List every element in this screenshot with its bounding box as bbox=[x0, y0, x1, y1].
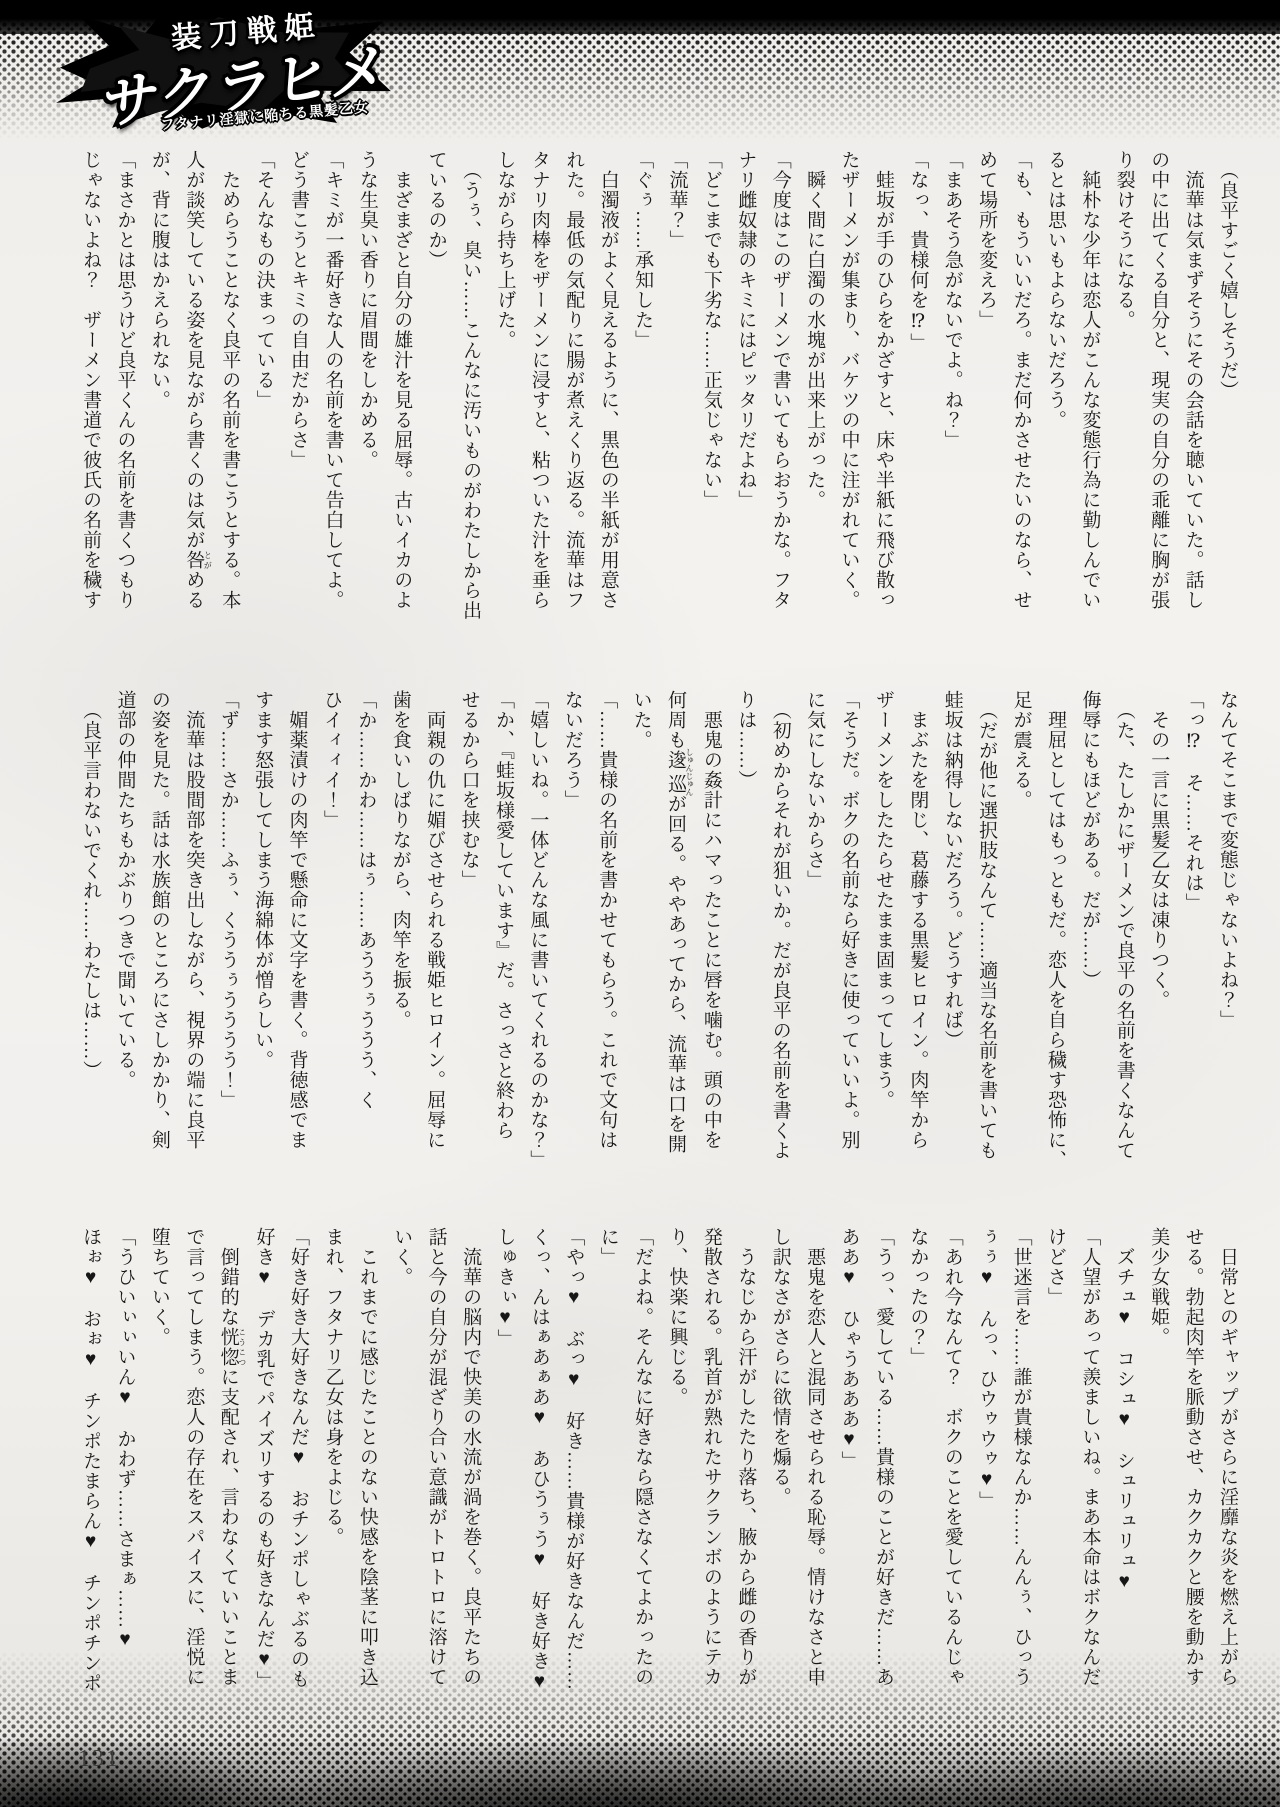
page-number: 131 bbox=[78, 1746, 120, 1773]
text-column: その一言に黒髪乙女は凍りつく。 bbox=[1141, 690, 1175, 1176]
text-column: ぅぅ♥ んっ、ひウゥウゥ♥」 bbox=[969, 1227, 1003, 1713]
text-column: で言ってしまう。恋人の存在をスパイスに、淫悦に bbox=[176, 1227, 210, 1713]
text-column: 蛙坂は納得しないだろう。どうすれば） bbox=[934, 690, 968, 1176]
text-column: 「そんなもの決まっている」 bbox=[246, 150, 280, 636]
text-column: 媚薬漬けの肉竿で懸命に文字を書く。背徳感でま bbox=[279, 690, 313, 1176]
text-column: 「流華？」 bbox=[659, 150, 693, 636]
text-column: り裂けそうになる。 bbox=[1106, 150, 1140, 636]
text-column: 「好き好き大好きなんだ♥ おチンポしゃぶるのも bbox=[281, 1227, 315, 1713]
text-column: ああ♥ ひゃうあああ♥」 bbox=[831, 1227, 865, 1713]
series-logo: 装刀戦姫 サクラヒメ フタナリ淫獄に陥ちる黒髪乙女 bbox=[48, 0, 397, 138]
novel-page-scan: { "logo": { "top_title": "装刀戦姫", "main_t… bbox=[0, 0, 1280, 1807]
text-column: ナリ雌奴隷のキミにはピッタリだよね」 bbox=[728, 150, 762, 636]
text-column: 「嬉しいね。一体どんな風に書いてくれるのかな？」 bbox=[520, 690, 554, 1176]
text-column: いた。 bbox=[623, 690, 657, 1176]
text-column: 「あれ今なんて？ ボクのことを愛しているんじゃ bbox=[934, 1227, 968, 1713]
text-column: 流華は股間部を突き出しながら、視界の端に良平 bbox=[176, 690, 210, 1176]
text-column: 流華は気まずそうにその会話を聴いていた。話し bbox=[1175, 150, 1209, 636]
text-column: じゃないよね？ ザーメン書道で彼氏の名前を穢す bbox=[73, 150, 107, 636]
text-column: いく。 bbox=[384, 1227, 418, 1713]
text-column: 「うっ、愛している……貴様のことが好きだ……あ bbox=[866, 1227, 900, 1713]
text-column: 好き♥ デカ乳でパイズリするのも好きなんだ♥」 bbox=[246, 1227, 280, 1713]
text-column: 「まあそう急がないでよ。ね？」 bbox=[934, 150, 968, 636]
text-column: せるから口を挟むな」 bbox=[451, 690, 485, 1176]
text-column: ズチュ♥ コシュ♥ シュリュリュ♥ bbox=[1106, 1227, 1140, 1713]
text-column: 何周も逡巡しゅんじゅんが回る。ややあってから、流華は口を開 bbox=[658, 690, 694, 1176]
text-column: 「世迷言を……誰が貴様なんか……んんぅ、ひっう bbox=[1003, 1227, 1037, 1713]
text-column: 人が談笑している姿を見ながら書くのは気が咎とがめる bbox=[176, 150, 212, 636]
text-column: （良平言わないでくれ……わたしは……） bbox=[73, 690, 107, 1176]
text-column: の中に出てくる自分と、現実の自分の乖離に胸が張 bbox=[1141, 150, 1175, 636]
text-column: が、背に腹はかえられない。 bbox=[142, 150, 176, 636]
text-column: （初めからそれが狙いか。だが良平の名前を書くよ bbox=[762, 690, 796, 1176]
text-column: 悪鬼を恋人と混同させられる恥辱。情けなさと申 bbox=[797, 1227, 831, 1713]
text-column: タナリ肉棒をザーメンに浸すと、粘ついた汁を垂ら bbox=[521, 150, 555, 636]
text-column: 道部の仲間たちもかぶりつきで聞いている。 bbox=[107, 690, 141, 1176]
text-column: り、快楽に興じる。 bbox=[659, 1227, 693, 1713]
text-column: うなじから汗がしたたり落ち、腋から雌の香りが bbox=[728, 1227, 762, 1713]
text-column: 「っ⁉ そ……それは」 bbox=[1175, 690, 1209, 1176]
text-column: しゅきぃ♥」 bbox=[487, 1227, 521, 1713]
text-column: （良平すごく嬉しそうだ） bbox=[1210, 150, 1244, 636]
text-column: なかったの？」 bbox=[900, 1227, 934, 1713]
text-column: 「まさかとは思うけど良平くんの名前を書くつもり bbox=[107, 150, 141, 636]
text-column: 話と今の自分が混ざり合い意識がトロトロに溶けて bbox=[418, 1227, 452, 1713]
text-band-top: （良平すごく嬉しそうだ） 流華は気まずそうにその会話を聴いていた。話しの中に出て… bbox=[73, 150, 1244, 636]
text-column: 理屈としてはもっともだ。恋人を自ら穢す恐怖に、 bbox=[1038, 690, 1072, 1176]
text-column: 歯を食いしばりながら、肉竿を振る。 bbox=[382, 690, 416, 1176]
text-column: 「か……かわ……はぅ……あううぅううう、く bbox=[348, 690, 382, 1176]
text-column: 「やっ♥ ぶっ♥ 好き……貴様が好きなんだ…… bbox=[556, 1227, 590, 1713]
text-column: 「うひいぃぃいん♥ かわず……さまぁ……♥ bbox=[107, 1227, 141, 1713]
text-column: し訳なさがさらに欲情を煽る。 bbox=[762, 1227, 796, 1713]
text-column: の姿を見た。話は水族館のところにさしかかり、剣 bbox=[142, 690, 176, 1176]
text-column: まぶたを閉じ、葛藤する黒髪ヒロイン。肉竿から bbox=[900, 690, 934, 1176]
text-column: 発散される。乳首が熟れたサクランボのようにテカ bbox=[694, 1227, 728, 1713]
text-column: しながら持ち上げた。 bbox=[487, 150, 521, 636]
text-column: 堕ちていく。 bbox=[142, 1227, 176, 1713]
text-column: まざまざと自分の雄汁を見る屈辱。古いイカのよ bbox=[384, 150, 418, 636]
text-column: どう書こうとキミの自由だからさ」 bbox=[281, 150, 315, 636]
text-column: 「そうだ。ボクの名前なら好きに使っていいよ。別 bbox=[831, 690, 865, 1176]
text-column: せる。勃起肉竿を脈動させ、カクカクと腰を動かす bbox=[1175, 1227, 1209, 1713]
text-column: 流華の脳内で快美の水流が渦を巻く。良平たちの bbox=[453, 1227, 487, 1713]
text-column: （うぅ、臭い……こんなに汚いものがわたしから出 bbox=[453, 150, 487, 636]
text-column: 「も、もういいだろ。まだ何かさせたいのなら、せ bbox=[1003, 150, 1037, 636]
text-column: に」 bbox=[590, 1227, 624, 1713]
text-column: 「か、『蛙坂様愛しています』だ。さっさと終わら bbox=[486, 690, 520, 1176]
text-column: 「今度はこのザーメンで書いてもらおうかな。フタ bbox=[762, 150, 796, 636]
text-column: すます怒張してしまう海綿体が憎らしい。 bbox=[245, 690, 279, 1176]
text-column: まれ、フタナリ乙女は身をよじる。 bbox=[315, 1227, 349, 1713]
text-column: れた。最低の気配りに腸が煮えくり返る。流華はフ bbox=[556, 150, 590, 636]
text-column: 「だよね。そんなに好きなら隠さなくてよかったの bbox=[625, 1227, 659, 1713]
text-column: 蛙坂が手のひらをかざすと、床や半紙に飛び散っ bbox=[866, 150, 900, 636]
text-column: 侮辱にもほどがある。だが……） bbox=[1072, 690, 1106, 1176]
text-column: ためらうことなく良平の名前を書こうとする。本 bbox=[212, 150, 246, 636]
text-column: これまでに感じたことのない快感を陰茎に叩き込 bbox=[349, 1227, 383, 1713]
text-column: 日常とのギャップがさらに淫靡な炎を燃え上がら bbox=[1210, 1227, 1244, 1713]
text-band-bottom: 日常とのギャップがさらに淫靡な炎を燃え上がらせる。勃起肉竿を脈動させ、カクカクと… bbox=[73, 1227, 1244, 1713]
text-column: なんてそこまで変態じゃないよね？」 bbox=[1210, 690, 1244, 1176]
text-column: 悪鬼の姦計にハマったことに唇を噛む。頭の中を bbox=[694, 690, 728, 1176]
text-column: 「ぐぅ……承知した」 bbox=[625, 150, 659, 636]
text-column: 倒錯的な恍惚こうこつに支配され、言わなくていいことま bbox=[210, 1227, 246, 1713]
text-column: 両親の仇に媚びさせられる戦姫ヒロイン。屈辱に bbox=[417, 690, 451, 1176]
text-column: 白濁液がよく見えるように、黒色の半紙が用意さ bbox=[590, 150, 624, 636]
text-column: に気にしないからさ」 bbox=[797, 690, 831, 1176]
text-column: けどさ」 bbox=[1038, 1227, 1072, 1713]
text-column: 美少女戦姫。 bbox=[1141, 1227, 1175, 1713]
text-column: 「……貴様の名前を書かせてもらう。これで文句は bbox=[589, 690, 623, 1176]
text-band-middle: なんてそこまで変態じゃないよね？」「っ⁉ そ……それは」 その一言に黒髪乙女は凍… bbox=[73, 690, 1244, 1176]
text-column: ほぉ♥ おぉ♥ チンポたまらん♥ チンポチンポ bbox=[73, 1227, 107, 1713]
text-column: たザーメンが集まり、バケツの中に注がれていく。 bbox=[831, 150, 865, 636]
text-column: るとは思いもよらないだろう。 bbox=[1038, 150, 1072, 636]
text-column: 「どこまでも下劣な……正気じゃない」 bbox=[694, 150, 728, 636]
text-column: 「人望があって羨ましいね。まあ本命はボクなんだ bbox=[1072, 1227, 1106, 1713]
text-column: りは……） bbox=[728, 690, 762, 1176]
text-column: ひイィィイ！」 bbox=[314, 690, 348, 1176]
text-column: ないだろう」 bbox=[554, 690, 588, 1176]
text-column: （た、たしかにザーメンで良平の名前を書くなんて bbox=[1106, 690, 1140, 1176]
text-column: うな生臭い香りに眉間をしかめる。 bbox=[349, 150, 383, 636]
text-column: 瞬く間に白濁の水塊が出来上がった。 bbox=[797, 150, 831, 636]
text-column: ザーメンをしたたらせたまま固まってしまう。 bbox=[866, 690, 900, 1176]
text-column: 純朴な少年は恋人がこんな変態行為に勤しんでい bbox=[1072, 150, 1106, 636]
text-column: 「ず……さか……ふぅ、くううぅうううう！」 bbox=[210, 690, 244, 1176]
text-column: めて場所を変えろ」 bbox=[969, 150, 1003, 636]
text-column: （だが他に選択肢なんて……適当な名前を書いても bbox=[969, 690, 1003, 1176]
text-column: ているのか） bbox=[418, 150, 452, 636]
text-column: くっ、んはぁあぁあ♥ あひうぅう♥ 好き好き♥ bbox=[521, 1227, 555, 1713]
text-column: 「キミが一番好きな人の名前を書いて告白してよ。 bbox=[315, 150, 349, 636]
text-column: 「なっ、貴様何を⁉」 bbox=[900, 150, 934, 636]
text-column: 足が震える。 bbox=[1003, 690, 1037, 1176]
